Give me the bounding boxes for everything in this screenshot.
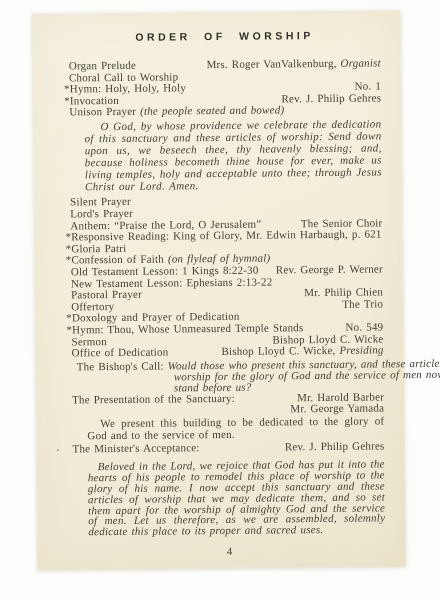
item-person: Mrs. Roger VanValkenburg, Organist [206,58,380,71]
item-label: *Hymn: Thou, Whose Unmeasured Temple Sta… [66,323,303,337]
unison-prayer-text: O God, by whose providence we celebrate … [84,119,382,193]
item-person: Bishop Lloyd C. Wicke, Presiding [221,346,383,359]
presenters: Mr. Harold Barber Mr. George Yamada [290,393,384,416]
item-label: The Minister's Acceptance: [72,443,199,456]
presentation-of-sanctuary: The Presentation of the Sanctuary: Mr. H… [72,393,384,418]
stray-dot-mark: . [56,442,59,454]
item-label-text: Unison Prayer [69,106,140,119]
item-label: Office of Dedication [72,348,169,361]
page-number: 4 [73,544,385,559]
page-title: ORDER OF WORSHIP [69,29,381,44]
item-person: Rev. George P. Werner [276,264,383,277]
scan-background: ORDER OF WORSHIP Organ Prelude Mrs. Roge… [0,0,440,600]
ministers-acceptance: . The Minister's Acceptance: Rev. J. Phi… [72,441,384,456]
presenter-name: Mr. George Yamada [290,404,384,416]
item-label: Unison Prayer (the people seated and bow… [69,106,284,120]
item-person-role: Organist [340,57,380,69]
bishops-call: The Bishop's Call: Would those who prese… [77,358,440,395]
item-person: Rev. J. Philip Gehres [285,441,385,454]
item-performer: The Trio [342,299,383,311]
bishops-call-label: The Bishop's Call: [77,360,168,373]
item-label-note: (the people seated and bowed) [140,105,284,118]
document-page: ORDER OF WORSHIP Organ Prelude Mrs. Roge… [32,10,405,570]
item-label: The Presentation of the Sanctuary: [72,394,235,418]
item-person-name: Mrs. Roger VanValkenburg, [206,58,340,71]
page-content: ORDER OF WORSHIP Organ Prelude Mrs. Roge… [32,10,405,559]
service-item-unison-prayer: Unison Prayer (the people seated and bow… [69,105,381,120]
acceptance-text: Beloved in the Lord, we rejoice that God… [88,460,386,538]
item-person-role: Presiding [339,345,383,357]
item-person-name: Bishop Lloyd C. Wicke, [221,345,339,358]
bishops-call-text: Would those who present this sanctuary, … [168,357,440,394]
item-person: Rev. J. Philip Gehres [281,93,381,106]
we-present-text: We present this building to be dedicated… [87,417,384,442]
